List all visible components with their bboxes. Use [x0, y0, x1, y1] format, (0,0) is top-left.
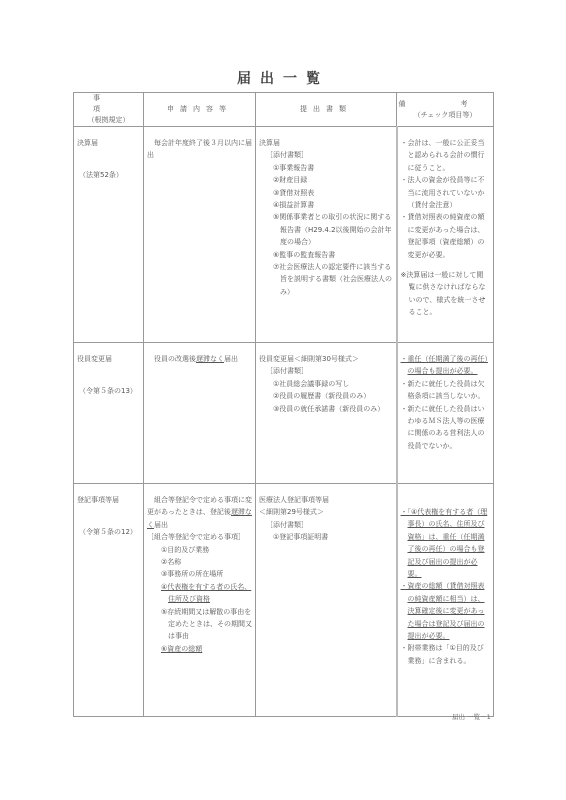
remark-item: ・新たに就任した役員は欠格条項に該当しないか。 — [401, 378, 491, 403]
header-item-sublabel: （根拠規定） — [74, 115, 143, 126]
header-documents-label: 提出書類 — [300, 105, 352, 113]
attach-label: ［添付書類］ — [259, 365, 393, 377]
header-content: 申請内容等 — [144, 93, 256, 127]
content-list-item-important: ④代表権を有する者の氏名、住所及び資格 — [147, 581, 252, 606]
document-item: ⑦社会医療法人の認定要件に該当する旨を説明する書類（社会医療法人のみ） — [259, 261, 393, 298]
item-name: 役員変更届 — [77, 353, 140, 365]
item-law: （令第５条の13） — [77, 385, 140, 397]
documents-title: 役員変更届＜細則第30号様式＞ — [259, 353, 393, 365]
item-name: 登記事項等届 — [77, 494, 140, 506]
document-item: ①登記事項証明書 — [259, 531, 393, 543]
content-list-item: ①目的及び業務 — [147, 544, 252, 556]
table-row: 決算届 （法第52条） 毎会計年度終了後３月以内に届出 決算届 ［添付書類］ ①… — [74, 127, 494, 343]
content-plain: 役員の改選後 — [154, 355, 196, 363]
document-item: ③役員の就任承諾書（新役員のみ） — [259, 403, 393, 415]
content-text: 組合等登記令で定める事項に変更があったときは、登記後遅滞なく届出 — [147, 494, 252, 531]
cell-remarks: ・「④代表権を有する者（理事長）の氏名、住所及び資格」は、重任（任期満了後の再任… — [397, 484, 494, 717]
content-underlined: 遅滞なく — [196, 355, 224, 363]
document-item: ①事業報告書 — [259, 162, 393, 174]
document-item: ⑤関係事業者との取引の状況に関する報告書（H29.4.2以後開始の会計年度の場合… — [259, 211, 393, 248]
document-item: ②役員の履歴書（新役員のみ） — [259, 390, 393, 402]
header-remarks: 備 考 （チェック項目等） — [397, 93, 494, 127]
header-item-label: 事 項 — [74, 93, 143, 115]
item-law: （法第52条） — [77, 169, 140, 181]
remark-item: ・附帯業務は「①目的及び業務」に含まれる。 — [401, 642, 491, 667]
table-row: 登記事項等届 （令第５条の12） 組合等登記令で定める事項に変更があったときは、… — [74, 484, 494, 717]
attach-label: ［添付書類］ — [259, 519, 393, 531]
header-item: 事 項 （根拠規定） — [74, 93, 144, 127]
content-list-item: ②名称 — [147, 556, 252, 568]
cell-remarks: ・会計は、一般に公正妥当と認められる会計の慣行に従うこと。 ・法人の資金が役員等… — [397, 127, 494, 343]
document-item: ①社員総会議事録の写し — [259, 378, 393, 390]
cell-content: 組合等登記令で定める事項に変更があったときは、登記後遅滞なく届出 ［組合等登記令… — [144, 484, 256, 717]
content-list-item-important: ⑥資産の総額 — [147, 643, 252, 655]
document-item: ④損益計算書 — [259, 199, 393, 211]
content-list-item: ⑤存続期間又は解散の事由を定めたときは、その期間又は事由 — [147, 606, 252, 643]
cell-content: 役員の改選後遅滞なく届出 — [144, 343, 256, 484]
remark-item-important: ・重任（任期満了後の再任）の場合も提出が必要。 — [401, 353, 491, 378]
table-row: 役員変更届 （令第５条の13） 役員の改選後遅滞なく届出 役員変更届＜細則第30… — [74, 343, 494, 484]
item-law: （令第５条の12） — [77, 526, 140, 538]
page-title: 届出一覧 — [0, 68, 566, 88]
remark-item: ・貸借対照表の純資産の額に変更があった場合は、登記事項（資産総額）の変更が必要。 — [401, 211, 491, 261]
document-item: ③貸借対照表 — [259, 187, 393, 199]
header-remarks-label: 備 考 — [397, 99, 493, 110]
cell-item: 役員変更届 （令第５条の13） — [74, 343, 144, 484]
cell-documents: 医療法人登記事項等届 ＜細則第29号様式＞ ［添付書類］ ①登記事項証明書 — [256, 484, 397, 717]
cell-item: 登記事項等届 （令第５条の12） — [74, 484, 144, 717]
document-item: ⑥監事の監査報告書 — [259, 249, 393, 261]
header-remarks-sublabel: （チェック項目等） — [397, 110, 493, 121]
content-end: 届出 — [154, 521, 168, 529]
content-list-label: ［組合等登記令で定める事項］ — [147, 531, 252, 543]
documents-title: 決算届 — [259, 137, 393, 149]
content-list-item: ③事務所の所在場所 — [147, 568, 252, 580]
document-item: ②財産目録 — [259, 174, 393, 186]
documents-subtitle: ＜細則第29号様式＞ — [259, 506, 393, 518]
cell-remarks: ・重任（任期満了後の再任）の場合も提出が必要。 ・新たに就任した役員は欠格条項に… — [397, 343, 494, 484]
attach-label: ［添付書類］ — [259, 149, 393, 161]
cell-content: 毎会計年度終了後３月以内に届出 — [144, 127, 256, 343]
cell-item: 決算届 （法第52条） — [74, 127, 144, 343]
header-content-label: 申請内容等 — [167, 105, 232, 113]
table-header-row: 事 項 （根拠規定） 申請内容等 提出書類 備 考 （チェック項目等） — [74, 93, 494, 127]
content-text: 毎会計年度終了後３月以内に届出 — [147, 137, 252, 162]
content-end: 届出 — [224, 355, 238, 363]
cell-documents: 決算届 ［添付書類］ ①事業報告書 ②財産目録 ③貸借対照表 ④損益計算書 ⑤関… — [256, 127, 397, 343]
documents-title: 医療法人登記事項等届 — [259, 494, 393, 506]
remark-note: ※決算届は一般に対して閲覧に供さなければならないので、様式を統一させること。 — [401, 269, 491, 319]
remark-item-important: ・資産の総額（貸借対照表の純資産額に相当）は、決算確定後に変更があった場合は登記… — [401, 580, 491, 642]
cell-documents: 役員変更届＜細則第30号様式＞ ［添付書類］ ①社員総会議事録の写し ②役員の履… — [256, 343, 397, 484]
remark-item: ・法人の資金が役員等に不当に流用されていないか（貸付金注意） — [401, 174, 491, 211]
content-text: 役員の改選後遅滞なく届出 — [147, 353, 252, 365]
notification-table: 事 項 （根拠規定） 申請内容等 提出書類 備 考 （チェック項目等） 決算届 … — [73, 92, 494, 717]
remark-item-important: ・「④代表権を有する者（理事長）の氏名、住所及び資格」は、重任（任期満了後の再任… — [401, 506, 491, 580]
remark-item: ・新たに就任した役員はいわゆるＭＳ法人等の医療に関係のある営利法人の役員でないか… — [401, 403, 491, 453]
header-documents: 提出書類 — [256, 93, 397, 127]
remark-item: ・会計は、一般に公正妥当と認められる会計の慣行に従うこと。 — [401, 137, 491, 174]
item-name: 決算届 — [77, 137, 140, 149]
page-footer: 届出 一覧－1 — [452, 712, 491, 721]
